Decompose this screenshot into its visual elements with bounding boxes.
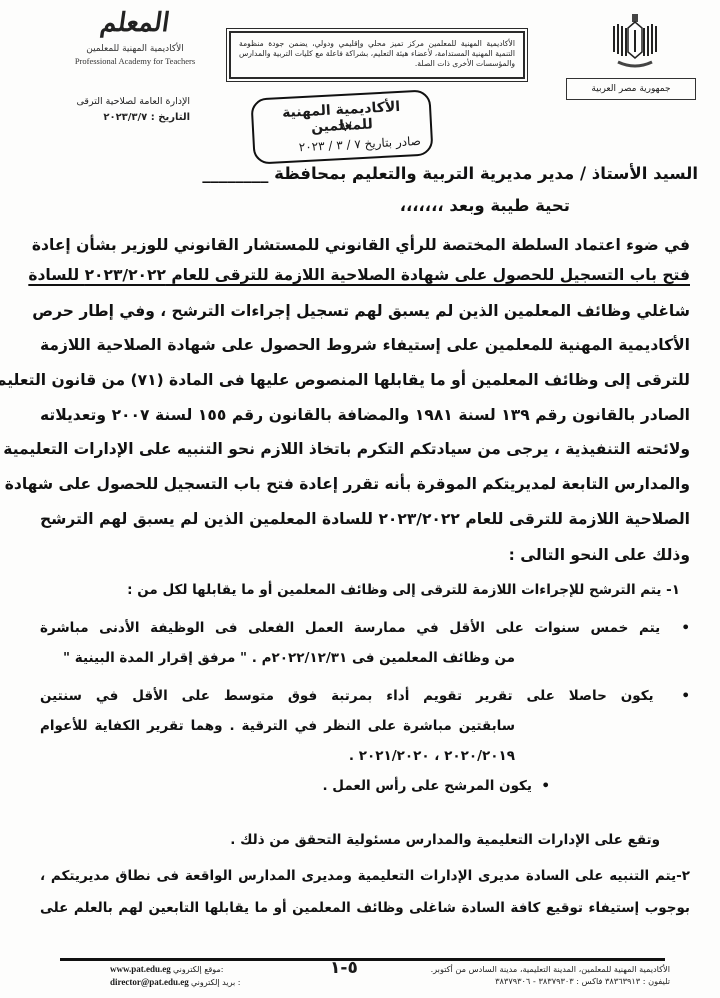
academy-calligraphy-logo: المعلم (58, 8, 212, 38)
email-link[interactable]: director@pat.edu.eg (110, 977, 189, 987)
bullet-2-line-1: • يكون حاصلا على تقرير تقويم أداء بمرتبة… (40, 688, 690, 704)
paragraph-line-2: فتح باب التسجيل للحصول على شهادة الصلاحي… (40, 266, 690, 284)
country-name-box: جمهورية مصر العربية (566, 78, 696, 100)
bullet-2-line-2: سابقتين مباشرة على النظر في الترقية . وه… (40, 718, 515, 734)
greeting-line: تحية طيبة وبعد ،،،،،،، (40, 196, 570, 215)
footer-divider (60, 958, 665, 961)
paragraph-line-6: الصادر بالقانون رقم ١٣٩ لسنة ١٩٨١ والمضا… (40, 406, 690, 424)
scanned-letter-page: المعلم الأكاديمية المهنية للمعلمين Profe… (0, 0, 720, 998)
paragraph-line-4: الأكاديمية المهنية للمعلمين على إستيفاء … (40, 336, 690, 354)
bullet-1-line-1: • يتم خمس سنوات على الأقل في ممارسة العم… (40, 620, 690, 636)
academy-name-arabic: الأكاديمية المهنية للمعلمين (60, 44, 210, 54)
bullet-icon: • (660, 620, 690, 636)
item-2-line-1: ٢-يتم التنبيه على السادة مديرى الإدارات … (40, 868, 690, 884)
bullet-3-line-1: • يكون المرشح على رأس العمل . (40, 778, 550, 794)
paragraph-line-10: وذلك على النحو التالى : (40, 546, 690, 564)
paragraph-line-8: والمدارس التابعة لمديريتكم الموقرة بأنه … (40, 475, 690, 493)
academy-logo: المعلم الأكاديمية المهنية للمعلمين Profe… (60, 8, 210, 66)
addressee-line: السيد الأستاذ / مدير مديرية التربية والت… (40, 164, 698, 183)
department-name: الإدارة العامة لصلاحية الترقى (70, 94, 190, 110)
item-2-line-2: بوجوب إستيفاء توقيع كافة السادة شاغلى وظ… (40, 900, 690, 916)
paragraph-line-1: في ضوء اعتماد السلطة المختصة للرأي القان… (40, 236, 690, 254)
stamp-issue-date: صادر بتاريخ ٧ / ٣ / ٢٠٢٣ (298, 134, 421, 154)
paragraph-line-3: شاغلي وظائف المعلمين الذين لم يسبق لهم ت… (40, 302, 690, 320)
academy-name-english: Professional Academy for Teachers (60, 56, 210, 66)
bullet-icon: • (654, 688, 690, 704)
website-link[interactable]: www.pat.edu.eg (110, 964, 171, 974)
academy-vision-box: الأكاديمية المهنية للمعلمين مركز تميز مح… (229, 31, 525, 79)
paragraph-line-7: ولائحته التنفيذية ، يرجى من سيادتكم التك… (40, 440, 690, 458)
academy-phones: تليفون : ٣٨٣٦٣٩١٣ فاكس : ٣٨٣٧٩٣٠٣ - ٣٨٣٧… (400, 975, 670, 987)
academy-issue-stamp: الأكاديمية المهنية للمعلمين ٦٧ صادر بتار… (250, 89, 433, 164)
paragraph-line-5: للترقى إلى وظائف المعلمين أو ما يقابلها … (40, 371, 690, 389)
footer-address: الأكاديمية المهنية للمعلمين، المدينة الت… (400, 963, 670, 987)
egypt-eagle-emblem-icon (610, 12, 660, 70)
page-number: ٥-١ (330, 958, 358, 978)
bullet-icon: • (532, 778, 550, 794)
stamp-number: ٦٧ (338, 118, 355, 136)
paragraph-line-9: الصلاحية اللازمة للترقى للعام ٢٠٢٣/٢٠٢٢ … (40, 510, 690, 528)
bullet-2-line-3: ٢٠٢٠/٢٠١٩ ، ٢٠٢١/٢٠٢٠ . (40, 748, 515, 764)
responsibility-line: وتقع على الإدارات التعليمية والمدارس مسئ… (40, 832, 660, 848)
email-label: بريد إلكتروني : (191, 978, 241, 987)
bullet-1-line-2: من وظائف المعلمين فى ٢٠٢٢/١٢/٣١م . " مرف… (40, 650, 515, 666)
footer-contact-web: www.pat.edu.eg موقع إلكتروني: director@p… (110, 963, 240, 989)
academy-address: الأكاديمية المهنية للمعلمين، المدينة الت… (400, 963, 670, 975)
item-1-title: ١- يتم الترشح للإجراءات اللازمة للترقى إ… (40, 582, 680, 598)
department-block: الإدارة العامة لصلاحية الترقى التاريخ : … (70, 94, 190, 126)
letter-date: التاريخ : ٢٠٢٣/٣/٧ (70, 110, 190, 126)
website-label: موقع إلكتروني: (173, 965, 223, 974)
